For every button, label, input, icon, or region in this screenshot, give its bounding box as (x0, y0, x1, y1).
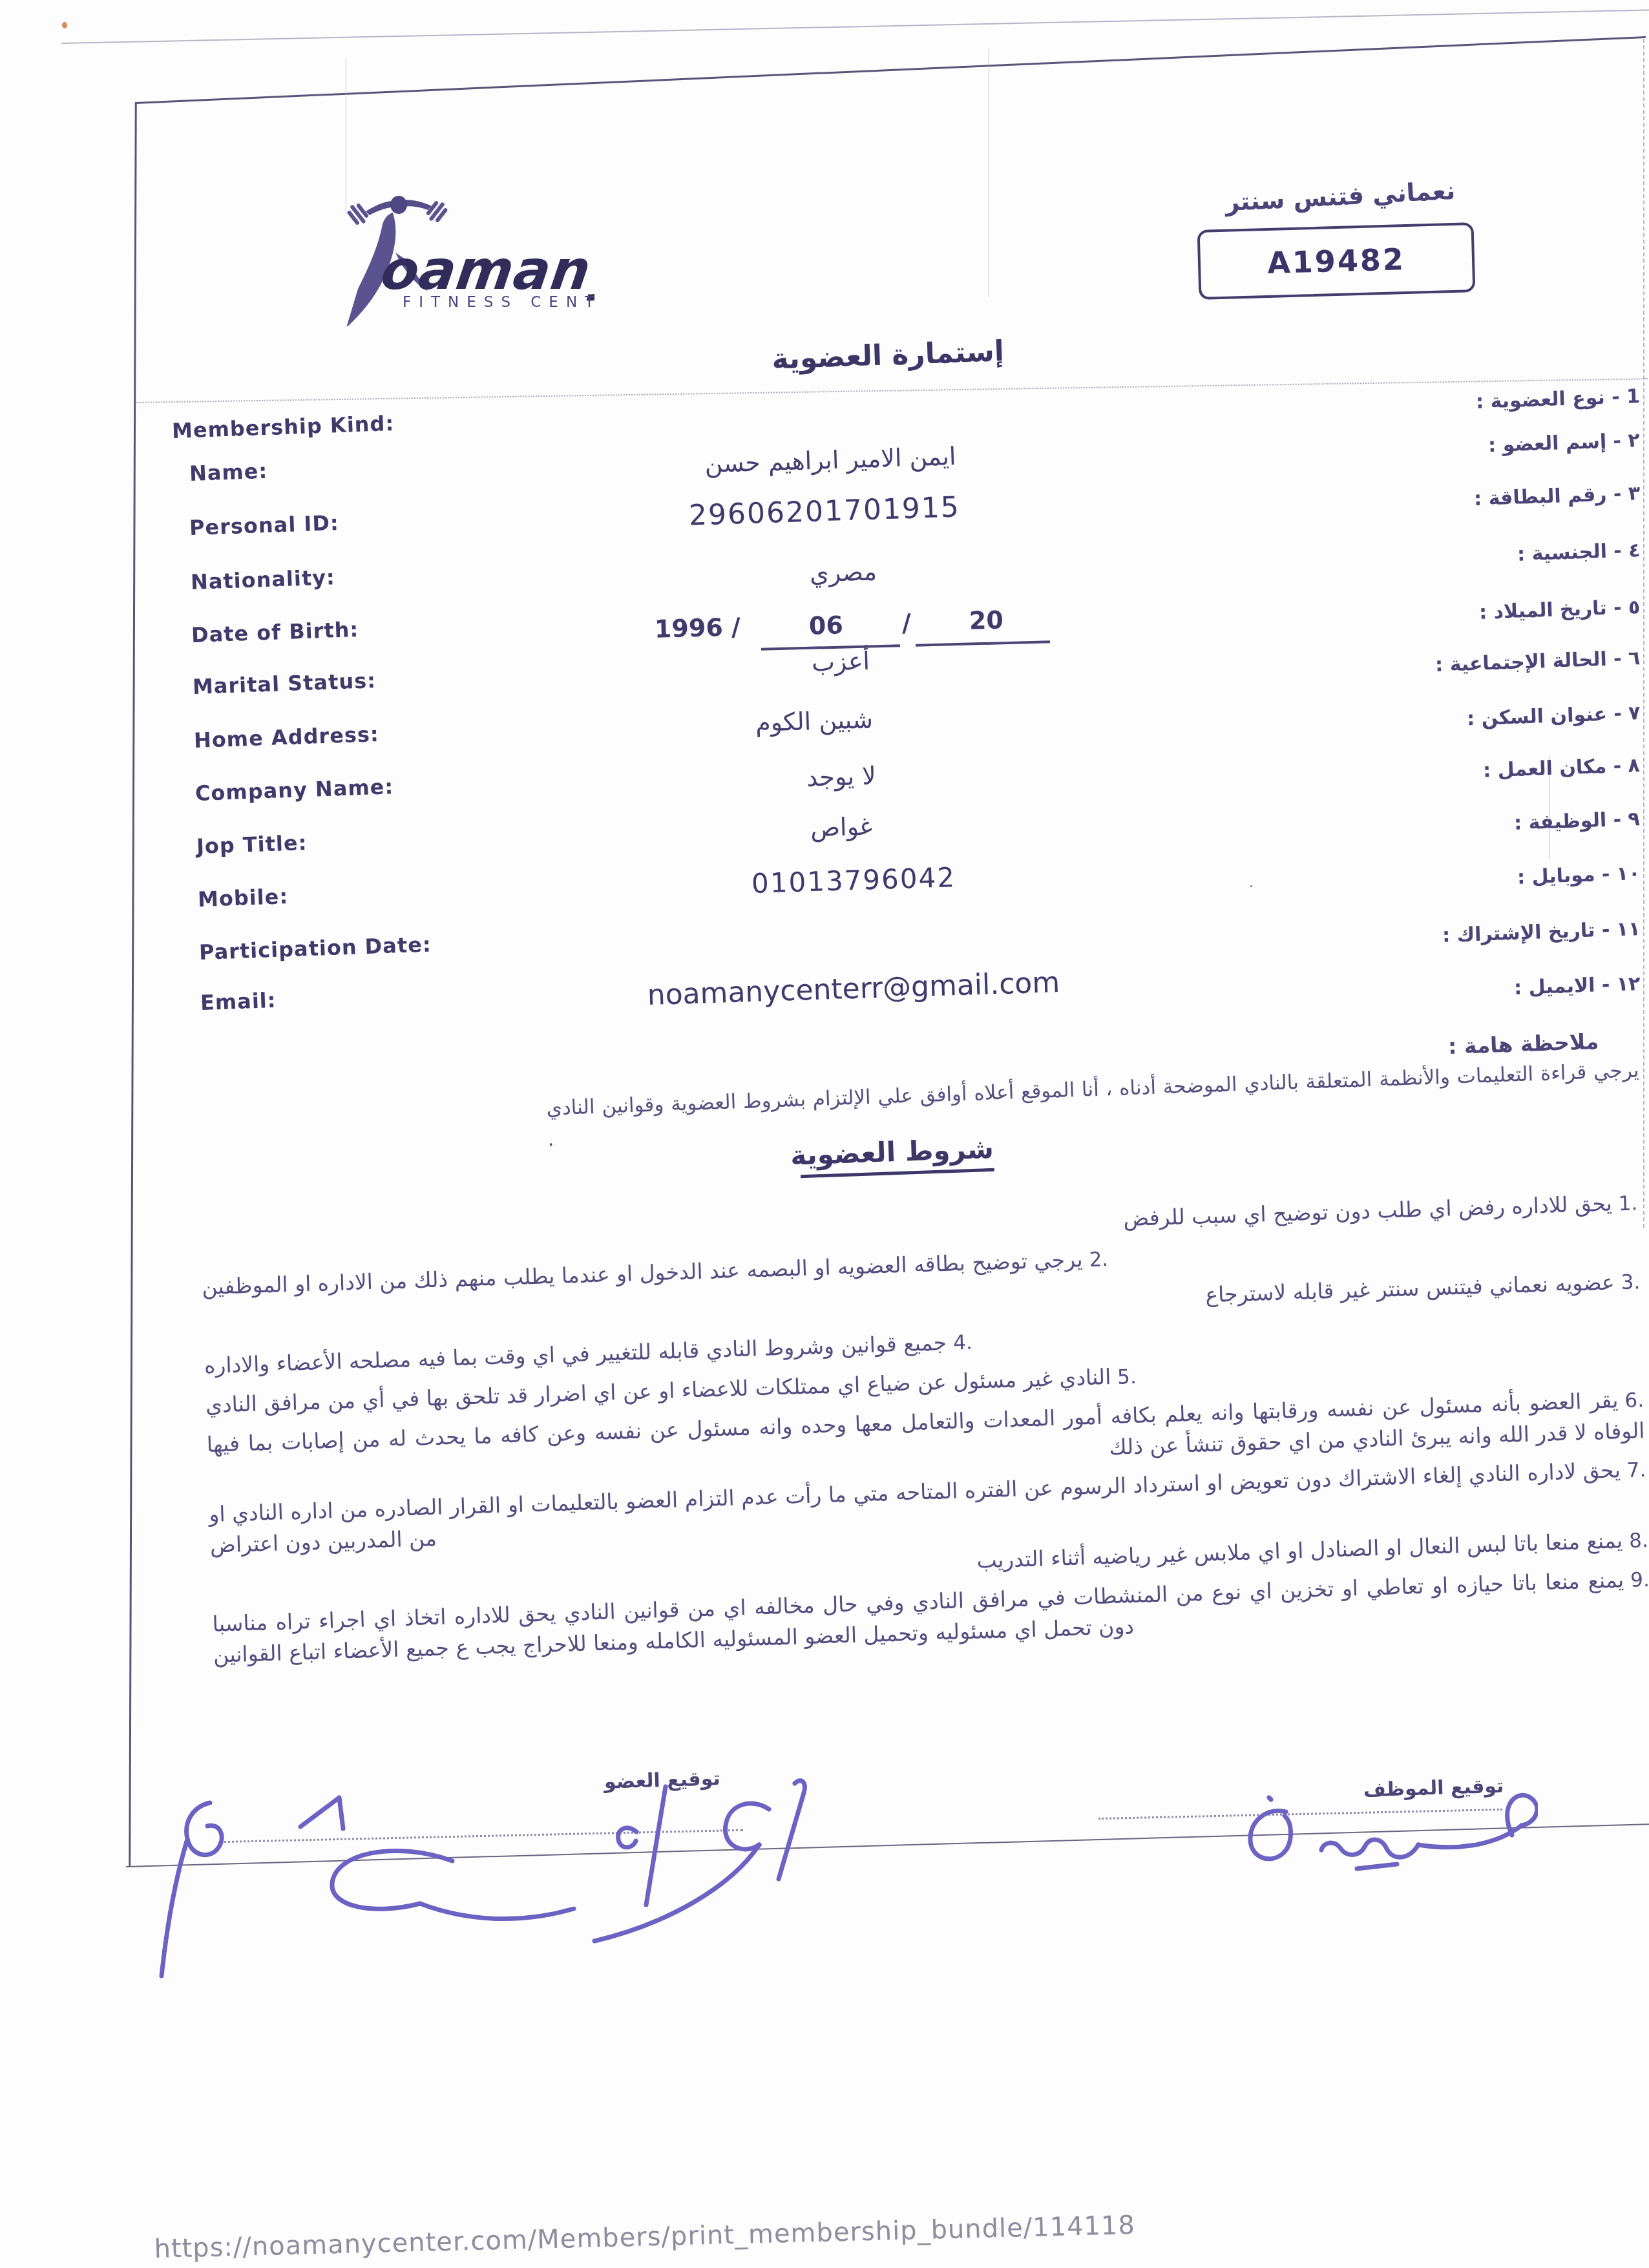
label-personal-id: Personal ID: (189, 510, 339, 540)
ar-label-home-address: ٧ - عنوان السكن : (1466, 702, 1641, 730)
label-nationality: Nationality: (190, 565, 335, 594)
ar-label-jop-title: ٩ - الوظيفة : (1514, 808, 1641, 835)
scan-speck (62, 22, 67, 28)
condition-number: 5. (1117, 1365, 1137, 1389)
dob-year: 1996 / (654, 613, 740, 643)
value-nationality: مصري (809, 557, 877, 587)
condition-text: عضويه نعماني فيتنس سنتر غير قابله لاسترج… (1205, 1269, 1615, 1307)
condition-text: يحق للاداره رفض اي طلب دون توضيح اي سبب … (1123, 1190, 1613, 1231)
dob-year-text: 1996 (654, 613, 723, 644)
scanned-membership-form: oamany FITNESS CENTER نعماني فتنس سنتر A… (0, 0, 1649, 2268)
ar-label-mobile: ١٠ - موبايل : (1517, 862, 1640, 889)
page-title: إستمارة العضوية (784, 335, 1005, 375)
value-email: noamanycenterr@gmail.com (647, 966, 1060, 1012)
title-divider (136, 378, 1648, 403)
condition-number: 1. (1618, 1192, 1638, 1215)
value-home-address: شبين الكوم (755, 705, 873, 737)
ar-label-company-name: ٨ - مكان العمل : (1483, 754, 1641, 782)
paper-top-edge (61, 9, 1649, 44)
noamany-logo: oamany FITNESS CENTER (336, 191, 594, 326)
condition-number: 7. (1626, 1458, 1646, 1482)
frame-right-border (1643, 39, 1646, 1228)
ar-label-marital-status: ٦ - الحالة الإجتماعية : (1434, 647, 1640, 677)
label-membership-kind: Membership Kind: (171, 411, 394, 443)
brand-arabic: نعماني فتنس سنتر (1224, 176, 1456, 217)
dob-day-underline (916, 640, 1050, 646)
label-email: Email: (200, 988, 277, 1015)
label-date-of-birth: Date of Birth: (191, 617, 359, 647)
member-code-box: A19482 (1197, 222, 1476, 300)
member-signature-ink (149, 1764, 859, 1990)
condition-number: 4. (953, 1330, 973, 1354)
ar-label-nationality: ٤ - الجنسية : (1517, 539, 1641, 566)
label-marital-status: Marital Status: (192, 668, 376, 699)
fold-artifact-1 (346, 58, 346, 213)
ar-label-membership-kind: 1 - نوع العضوية : (1476, 385, 1641, 414)
value-jop-title: غواص (810, 812, 872, 843)
ar-label-participation-date: ١١ - تاريخ الإشتراك : (1442, 918, 1640, 947)
value-marital-status: أعزب (811, 647, 870, 677)
ar-label-name: ٢ - إسم العضو : (1488, 429, 1641, 457)
footer-url: https://noamanycenter.com/Members/print_… (154, 2210, 1135, 2264)
stray-mark: ˙ (1247, 884, 1255, 903)
ar-label-email: ١٢ - الايميل : (1513, 972, 1641, 1000)
condition-text: يمنع منعا باتا لبس النعال او الصنادل او … (976, 1528, 1623, 1573)
logo-wordmark: oamany (377, 238, 594, 302)
employee-signature-ink (1202, 1785, 1538, 1907)
value-company-name: لا يوجد (806, 761, 877, 792)
value-name: ايمن الامير ابراهيم حسن (704, 442, 956, 478)
dob-day: 20 (969, 605, 1003, 635)
condition-number: 6. (1624, 1389, 1644, 1412)
member-code: A19482 (1266, 242, 1405, 280)
condition-number: 2. (1089, 1248, 1109, 1272)
frame-left-border (129, 102, 137, 1866)
dob-sep-2: / (901, 609, 911, 637)
condition-number: 9. (1630, 1568, 1649, 1592)
dob-month: 06 (808, 611, 843, 640)
label-participation-date: Participation Date: (198, 932, 432, 965)
value-personal-id: 29606201701915 (688, 490, 960, 532)
label-home-address: Home Address: (193, 722, 379, 753)
conditions-title: شروط العضوية (799, 1133, 994, 1178)
label-mobile: Mobile: (197, 884, 288, 912)
agreement-text: يرجي قراءة التعليمات والأنظمة المتعلقة ب… (546, 1055, 1641, 1155)
ar-label-date-of-birth: ٥ - تاريخ الميلاد : (1478, 596, 1640, 624)
dob-sep-1: / (731, 613, 740, 641)
value-mobile: 01013796042 (751, 861, 956, 899)
label-name: Name: (189, 459, 268, 486)
label-jop-title: Jop Title: (196, 830, 308, 859)
condition-number: 3. (1621, 1270, 1641, 1294)
fold-artifact-2 (989, 48, 989, 297)
ar-label-personal-id: ٣ - رقم البطاقة : (1473, 482, 1640, 510)
condition-number: 8. (1629, 1529, 1649, 1553)
important-note-label: ملاحظة هامة : (1447, 1029, 1599, 1059)
logo-tagline: FITNESS CENTER (403, 294, 594, 311)
label-company-name: Company Name: (194, 774, 394, 806)
frame-top-border (135, 36, 1646, 104)
conditions-list: 1.يحق للاداره رفض اي طلب دون توضيح اي سب… (200, 1187, 1649, 1679)
